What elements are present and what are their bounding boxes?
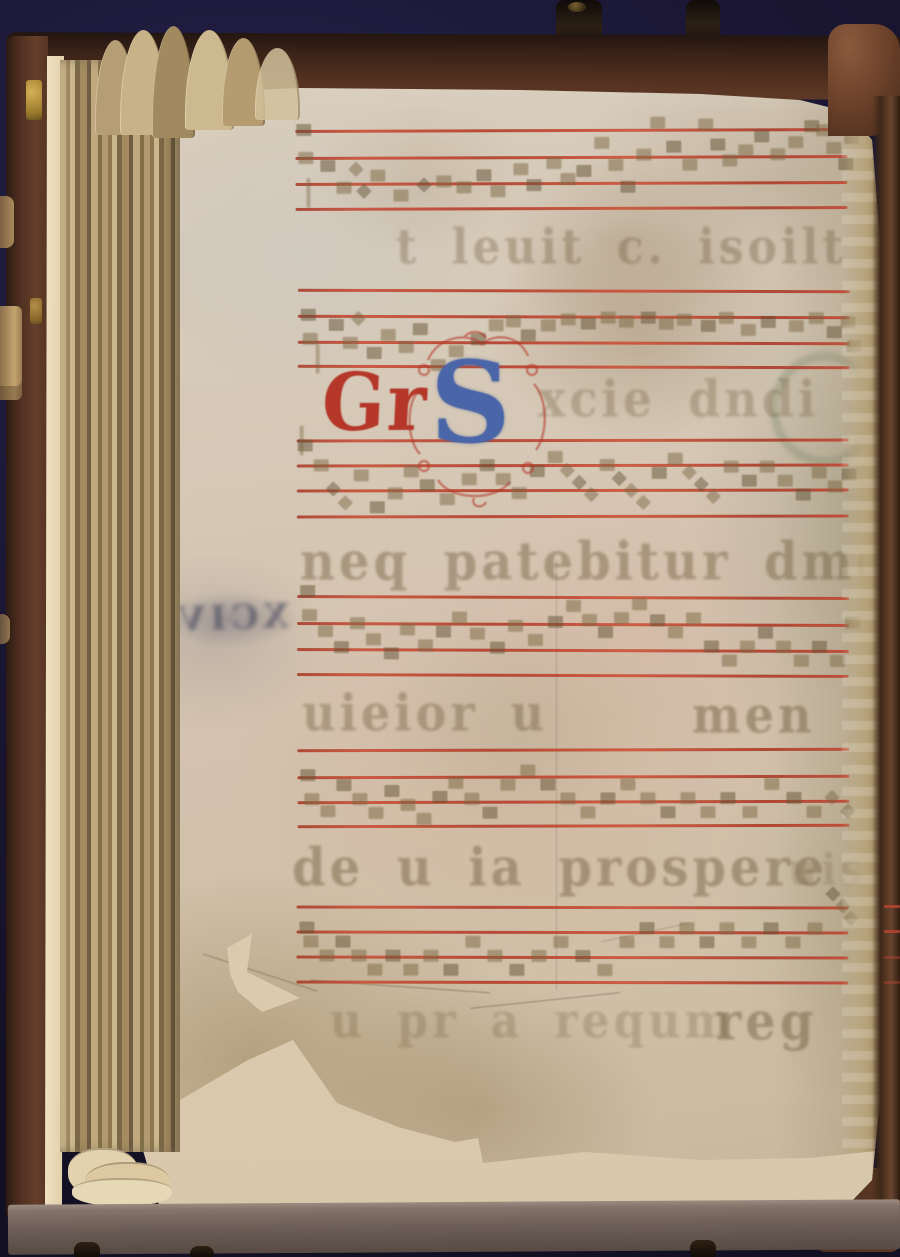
neume (303, 936, 318, 948)
neume (465, 936, 480, 948)
neume (619, 936, 634, 948)
neume (575, 950, 590, 962)
neume (763, 922, 778, 934)
neume (553, 936, 568, 948)
facing-page-staff-stub (884, 905, 900, 908)
clasp-knob (0, 196, 14, 248)
neume (319, 950, 334, 962)
neume (699, 936, 714, 948)
brass-foot (190, 1246, 214, 1257)
facing-page-staff-stub (884, 981, 900, 984)
neume (719, 922, 734, 934)
neume (351, 950, 366, 962)
leaf-corner (72, 1178, 172, 1206)
chant-text-line: uieior u (302, 683, 548, 742)
clasp-strap (0, 306, 22, 400)
neume (597, 964, 612, 976)
brass-foot (690, 1240, 716, 1257)
chant-text-line: de u ia prospere (292, 837, 828, 899)
neume (403, 964, 418, 976)
chant-text-line: neq patebitur dmci (300, 531, 900, 593)
neume (741, 936, 756, 948)
neume (659, 936, 674, 948)
gutter-shadow (872, 96, 900, 1200)
chant-text-line: reg (716, 991, 817, 1053)
facing-page-staff-stub (884, 956, 900, 959)
spine-band-knob-cap (568, 2, 586, 12)
neume (531, 950, 546, 962)
manuscript-photo: XCIV t leuit c. isoiltxcie dndineq pateb… (0, 0, 900, 1257)
neume (443, 964, 458, 976)
page-edge-stack (60, 60, 180, 1152)
gold-clasp-remnant (30, 298, 42, 324)
neume (299, 922, 314, 934)
chant-text-line: t leuit c. isoilt (396, 219, 847, 275)
illuminated-initial-s: S (430, 338, 511, 469)
chant-text-line: xcie dndi (538, 369, 819, 428)
neume (335, 936, 350, 948)
leather-cover-bottom-edge (8, 1199, 900, 1254)
staff-line (296, 956, 848, 960)
brass-foot (74, 1242, 100, 1257)
chant-text-line: u pr a requm (330, 993, 735, 1049)
neume (785, 936, 800, 948)
neume (367, 964, 382, 976)
manuscript-page: XCIV t leuit c. isoiltxcie dndineq pateb… (95, 86, 885, 1216)
staff-line (296, 981, 848, 985)
staff-line (297, 906, 849, 910)
neume (509, 964, 524, 976)
neume (679, 922, 694, 934)
neume (487, 950, 502, 962)
neume (385, 950, 400, 962)
clasp-knob (0, 614, 10, 644)
facing-page-staff-stub (884, 930, 900, 933)
gold-clasp-remnant (26, 80, 42, 120)
neume (639, 922, 654, 934)
chant-text-line: men (692, 685, 815, 744)
neume (423, 950, 438, 962)
neume (807, 922, 822, 934)
